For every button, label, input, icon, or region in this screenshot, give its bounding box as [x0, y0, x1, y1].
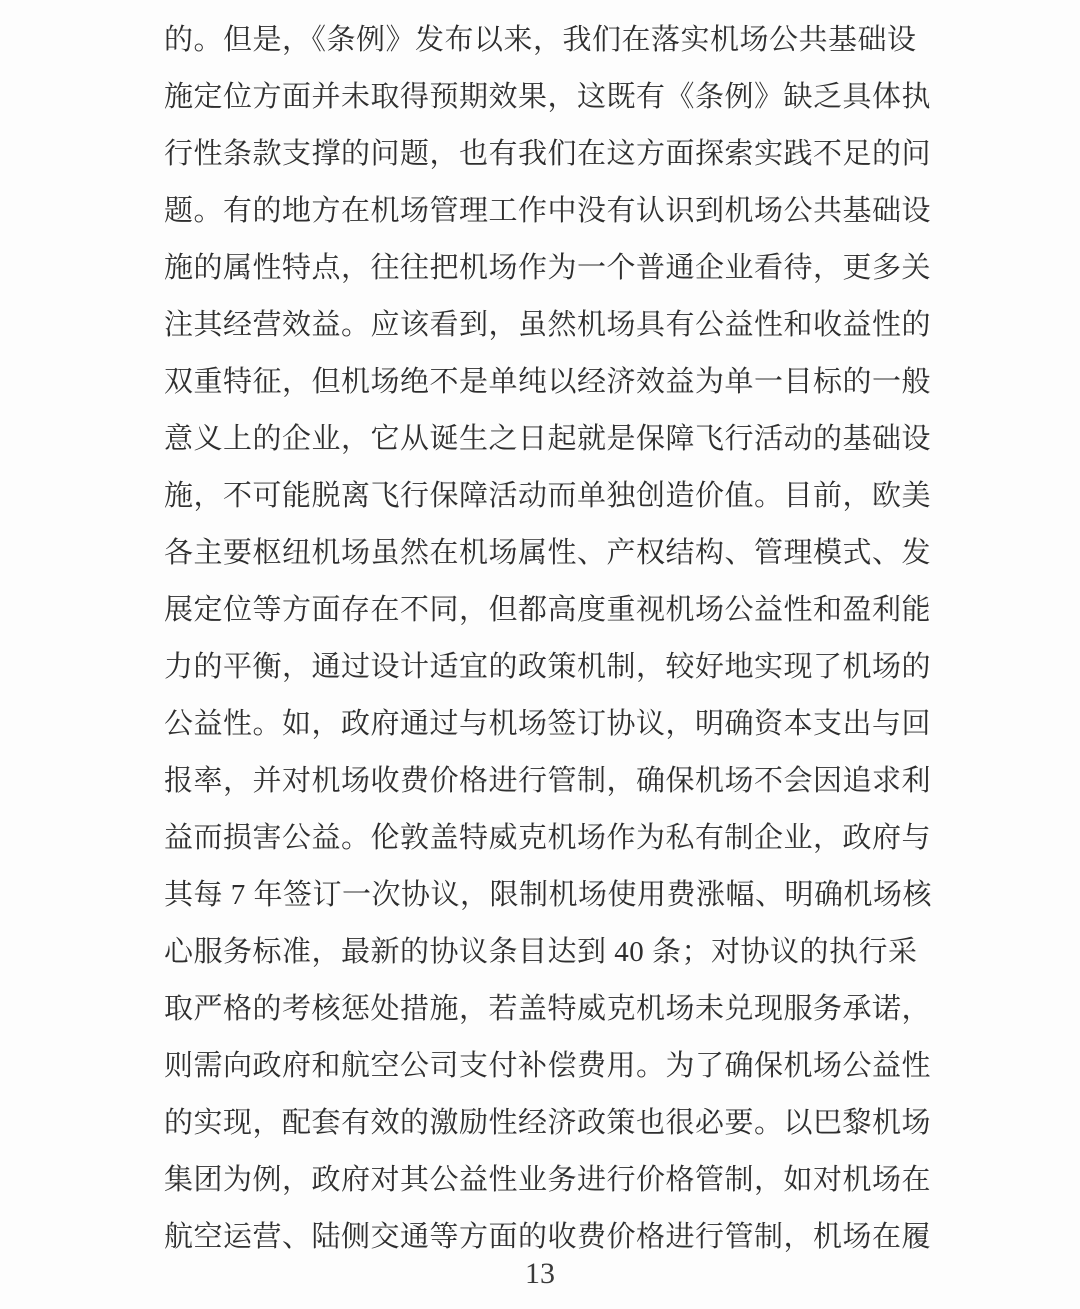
- text-line: 的。但是，《条例》发布以来，我们在落实机场公共基础设: [164, 12, 916, 69]
- text-line: 意义上的企业，它从诞生之日起就是保障飞行活动的基础设: [164, 411, 916, 468]
- text-line: 各主要枢纽机场虽然在机场属性、产权结构、管理模式、发: [164, 525, 916, 582]
- text-line: 公益性。如，政府通过与机场签订协议，明确资本支出与回: [164, 696, 916, 753]
- text-line: 的实现，配套有效的激励性经济政策也很必要。以巴黎机场: [164, 1095, 916, 1152]
- text-line: 益而损害公益。伦敦盖特威克机场作为私有制企业，政府与: [164, 810, 916, 867]
- text-line: 取严格的考核惩处措施，若盖特威克机场未兑现服务承诺，: [164, 981, 916, 1038]
- text-line: 施定位方面并未取得预期效果，这既有《条例》缺乏具体执: [164, 69, 916, 126]
- text-line: 力的平衡，通过设计适宜的政策机制，较好地实现了机场的: [164, 639, 916, 696]
- text-line: 施的属性特点，往往把机场作为一个普通企业看待，更多关: [164, 240, 916, 297]
- text-line: 注其经营效益。应该看到，虽然机场具有公益性和收益性的: [164, 297, 916, 354]
- text-line: 展定位等方面存在不同，但都高度重视机场公益性和盈利能: [164, 582, 916, 639]
- document-body: 的。但是，《条例》发布以来，我们在落实机场公共基础设施定位方面并未取得预期效果，…: [164, 12, 916, 1266]
- text-line: 行性条款支撑的问题，也有我们在这方面探索实践不足的问: [164, 126, 916, 183]
- text-line: 报率，并对机场收费价格进行管制，确保机场不会因追求利: [164, 753, 916, 810]
- text-line: 施，不可能脱离飞行保障活动而单独创造价值。目前，欧美: [164, 468, 916, 525]
- text-line: 其每 7 年签订一次协议，限制机场使用费涨幅、明确机场核: [164, 867, 916, 924]
- text-line: 则需向政府和航空公司支付补偿费用。为了确保机场公益性: [164, 1038, 916, 1095]
- page-number: 13: [0, 1252, 1080, 1296]
- text-line: 心服务标准，最新的协议条目达到 40 条；对协议的执行采: [164, 924, 916, 981]
- text-line: 集团为例，政府对其公益性业务进行价格管制，如对机场在: [164, 1152, 916, 1209]
- text-line: 双重特征，但机场绝不是单纯以经济效益为单一目标的一般: [164, 354, 916, 411]
- text-line: 题。有的地方在机场管理工作中没有认识到机场公共基础设: [164, 183, 916, 240]
- document-page: 的。但是，《条例》发布以来，我们在落实机场公共基础设施定位方面并未取得预期效果，…: [0, 0, 1080, 1309]
